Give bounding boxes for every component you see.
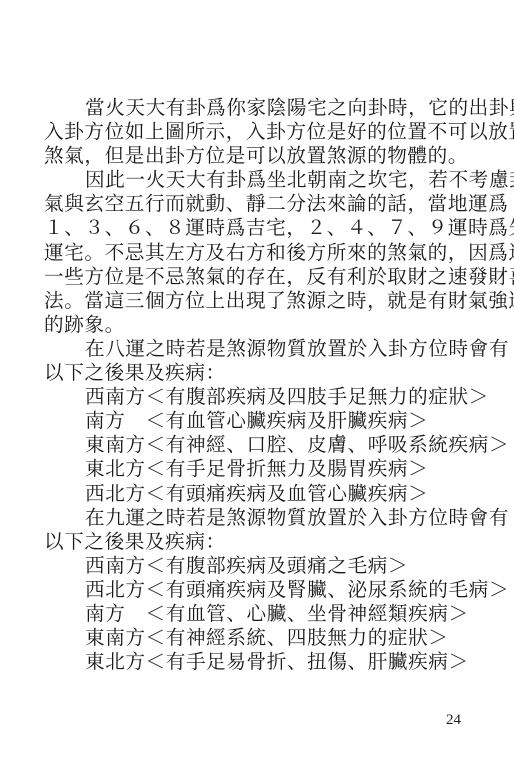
paragraph-4-line-1: 在九運之時若是煞源物質放置於入卦方位時會有 xyxy=(44,506,468,530)
list-item-eighth-period-northwest: 西北方＜有頭痛疾病及血管心臟疾病＞ xyxy=(44,482,468,506)
book-page: 當火天大有卦爲你家陰陽宅之向卦時，它的出卦與 入卦方位如上圖所示，入卦方位是好的… xyxy=(0,0,514,775)
paragraph-2-line-4: 運宅。不忌其左方及右方和後方所來的煞氣的，因爲這 xyxy=(44,241,468,265)
paragraph-1-line-3: 煞氣，但是出卦方位是可以放置煞源的物體的。 xyxy=(44,144,468,168)
paragraph-2-line-6: 法。當這三個方位上出現了煞源之時，就是有財氣強進 xyxy=(44,289,468,313)
list-item-ninth-period-northwest: 西北方＜有頭痛疾病及腎臟、泌尿系統的毛病＞ xyxy=(44,578,468,602)
paragraph-2-line-5: 一些方位是不忌煞氣的存在，反有利於取財之速發財喜 xyxy=(44,265,468,289)
paragraph-2-line-3: １、３、６、８運時爲吉宅，２、４、７、９運時爲失 xyxy=(44,216,468,240)
list-item-ninth-period-northeast: 東北方＜有手足易骨折、扭傷、肝臟疾病＞ xyxy=(44,650,468,674)
paragraph-3-line-2: 以下之後果及疾病： xyxy=(44,361,468,385)
paragraph-2-line-2: 氣與玄空五行而就動、靜二分法來論的話，當地運爲 xyxy=(44,192,468,216)
page-number: 24 xyxy=(446,712,461,729)
list-item-eighth-period-southwest: 西南方＜有腹部疾病及四肢手足無力的症狀＞ xyxy=(44,385,468,409)
paragraph-2-line-7: 的跡象。 xyxy=(44,313,468,337)
paragraph-4-line-2: 以下之後果及疾病： xyxy=(44,530,468,554)
list-item-ninth-period-southwest: 西南方＜有腹部疾病及頭痛之毛病＞ xyxy=(44,554,468,578)
list-item-eighth-period-southeast: 東南方＜有神經、口腔、皮膚、呼吸系統疾病＞ xyxy=(44,433,468,457)
list-item-eighth-period-south: 南方 ＜有血管心臟疾病及肝臟疾病＞ xyxy=(44,409,468,433)
list-item-eighth-period-northeast: 東北方＜有手足骨折無力及腸胃疾病＞ xyxy=(44,457,468,481)
paragraph-3-line-1: 在八運之時若是煞源物質放置於入卦方位時會有 xyxy=(44,337,468,361)
list-item-ninth-period-south: 南方 ＜有血管、心臟、坐骨神經類疾病＞ xyxy=(44,602,468,626)
paragraph-1-line-2: 入卦方位如上圖所示，入卦方位是好的位置不可以放置 xyxy=(44,120,468,144)
list-item-ninth-period-southeast: 東南方＜有神經系統、四肢無力的症狀＞ xyxy=(44,626,468,650)
body-text: 當火天大有卦爲你家陰陽宅之向卦時，它的出卦與 入卦方位如上圖所示，入卦方位是好的… xyxy=(44,96,468,674)
paragraph-2-line-1: 因此一火天大有卦爲坐北朝南之坎宅，若不考慮卦 xyxy=(44,168,468,192)
paragraph-1-line-1: 當火天大有卦爲你家陰陽宅之向卦時，它的出卦與 xyxy=(44,96,468,120)
